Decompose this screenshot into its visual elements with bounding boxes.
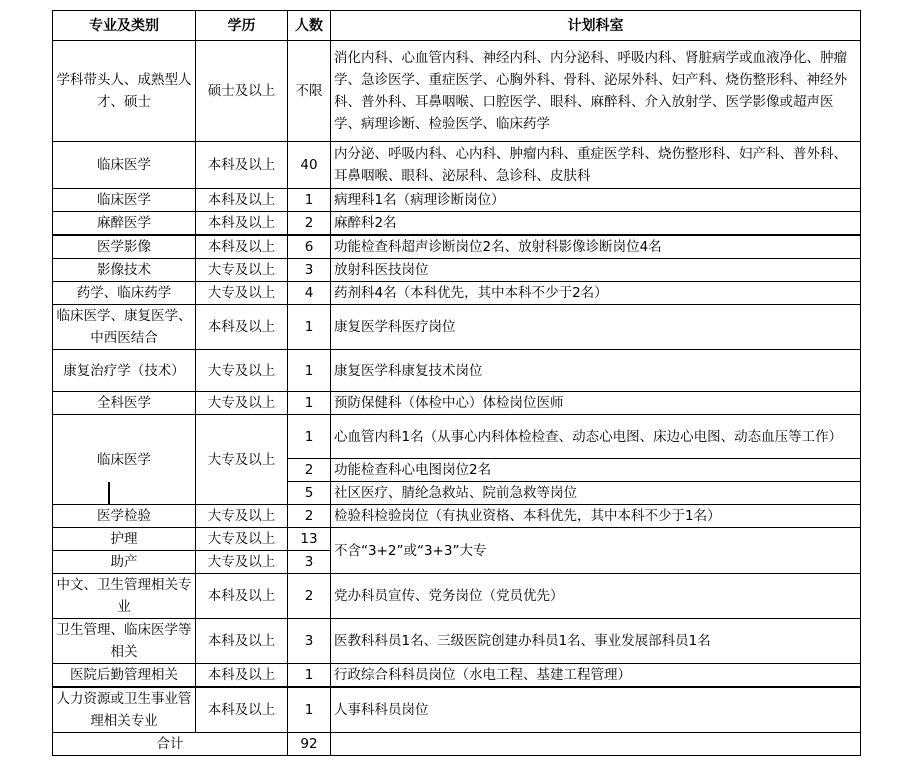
table-row: 医院后勤管理相关 本科及以上 1 行政综合科科员岗位（水电工程、基建工程管理）	[53, 664, 861, 688]
table-row: 全科医学 大专及以上 1 预防保健科（体检中心）体检岗位医师	[53, 392, 861, 415]
header-major: 专业及类别	[53, 11, 196, 41]
department-cell: 药剂科4名（本科优先，其中本科不少于2名）	[331, 282, 861, 305]
table-row: 药学、临床药学 大专及以上 4 药剂科4名（本科优先，其中本科不少于2名）	[53, 282, 861, 305]
count-cell: 1	[288, 392, 331, 415]
major-cell: 康复治疗学（技术）	[53, 350, 196, 392]
department-cell: 内分泌、呼吸内科、心内科、肿瘤内科、重症医学科、烧伤整形科、妇产科、普外科、耳鼻…	[331, 142, 861, 189]
education-cell: 本科及以上	[196, 189, 288, 212]
table-row: 中文、卫生管理相关专业 本科及以上 2 党办科员宣传、党务岗位（党员优先）	[53, 574, 861, 619]
department-cell: 功能检查科心电图岗位2名	[331, 459, 861, 482]
department-cell: 党办科员宣传、党务岗位（党员优先）	[331, 574, 861, 619]
count-cell: 5	[288, 482, 331, 505]
major-cell: 护理	[53, 528, 196, 551]
education-cell: 本科及以上	[196, 142, 288, 189]
education-cell: 本科及以上	[196, 235, 288, 259]
major-cell: 学科带头人、成熟型人才、硕士	[53, 41, 196, 142]
education-cell: 大专及以上	[196, 505, 288, 528]
education-cell: 大专及以上	[196, 350, 288, 392]
count-cell: 1	[288, 350, 331, 392]
table-row: 临床医学 本科及以上 1 病理科1名（病理诊断岗位）	[53, 189, 861, 212]
major-cell: 医院后勤管理相关	[53, 664, 196, 688]
major-cell: 助产	[53, 551, 196, 574]
education-cell: 大专及以上	[196, 259, 288, 282]
count-cell: 1	[288, 664, 331, 688]
education-cell: 本科及以上	[196, 305, 288, 350]
education-cell: 本科及以上	[196, 664, 288, 688]
count-cell: 3	[288, 619, 331, 664]
count-cell: 13	[288, 528, 331, 551]
department-cell: 社区医疗、腈纶急救站、院前急救等岗位	[331, 482, 861, 505]
header-department: 计划科室	[331, 11, 861, 41]
major-cell: 影像技术	[53, 259, 196, 282]
education-cell: 本科及以上	[196, 212, 288, 236]
department-cell: 行政综合科科员岗位（水电工程、基建工程管理）	[331, 664, 861, 688]
count-cell: 不限	[288, 41, 331, 142]
education-cell: 大专及以上	[196, 528, 288, 551]
department-cell: 病理科1名（病理诊断岗位）	[331, 189, 861, 212]
count-cell: 2	[288, 574, 331, 619]
major-cell: 麻醉医学	[53, 212, 196, 236]
table-row: 临床医学、康复医学、中西医结合 本科及以上 1 康复医学科医疗岗位	[53, 305, 861, 350]
count-cell: 4	[288, 282, 331, 305]
table-row: 卫生管理、临床医学等相关 本科及以上 3 医教科科员1名、三级医院创建办科员1名…	[53, 619, 861, 664]
count-cell: 3	[288, 259, 331, 282]
department-cell: 医教科科员1名、三级医院创建办科员1名、事业发展部科员1名	[331, 619, 861, 664]
header-row: 专业及类别 学历 人数 计划科室	[53, 11, 861, 41]
department-cell: 功能检查科超声诊断岗位2名、放射科影像诊断岗位4名	[331, 235, 861, 259]
recruitment-plan-table: 专业及类别 学历 人数 计划科室 学科带头人、成熟型人才、硕士 硕士及以上 不限…	[52, 10, 861, 756]
count-cell: 2	[288, 212, 331, 236]
education-cell: 本科及以上	[196, 619, 288, 664]
total-label: 合计	[53, 733, 288, 756]
count-cell: 40	[288, 142, 331, 189]
department-cell: 康复医学科医疗岗位	[331, 305, 861, 350]
text-cursor-icon	[108, 482, 110, 504]
count-cell: 1	[288, 305, 331, 350]
major-cell: 全科医学	[53, 392, 196, 415]
education-cell: 本科及以上	[196, 687, 288, 733]
major-cell: 临床医学	[53, 189, 196, 212]
major-cell: 医学检验	[53, 505, 196, 528]
header-education: 学历	[196, 11, 288, 41]
table-row: 学科带头人、成熟型人才、硕士 硕士及以上 不限 消化内科、心血管内科、神经内科、…	[53, 41, 861, 142]
count-cell: 3	[288, 551, 331, 574]
table-row: 医学影像 本科及以上 6 功能检查科超声诊断岗位2名、放射科影像诊断岗位4名	[53, 235, 861, 259]
department-cell: 不含“3+2”或“3+3”大专	[331, 528, 861, 574]
education-cell: 大专及以上	[196, 282, 288, 305]
count-cell: 1	[288, 415, 331, 459]
education-cell: 大专及以上	[196, 415, 288, 505]
count-cell: 6	[288, 235, 331, 259]
total-count: 92	[288, 733, 331, 756]
major-cell: 中文、卫生管理相关专业	[53, 574, 196, 619]
major-cell: 临床医学、康复医学、中西医结合	[53, 305, 196, 350]
major-cell: 卫生管理、临床医学等相关	[53, 619, 196, 664]
count-cell: 1	[288, 189, 331, 212]
education-cell: 大专及以上	[196, 551, 288, 574]
table-row: 康复治疗学（技术） 大专及以上 1 康复医学科康复技术岗位	[53, 350, 861, 392]
education-cell: 大专及以上	[196, 392, 288, 415]
major-cell: 医学影像	[53, 235, 196, 259]
education-cell: 本科及以上	[196, 574, 288, 619]
major-cell: 临床医学	[53, 142, 196, 189]
education-cell: 硕士及以上	[196, 41, 288, 142]
table-row: 临床医学 本科及以上 40 内分泌、呼吸内科、心内科、肿瘤内科、重症医学科、烧伤…	[53, 142, 861, 189]
department-cell: 预防保健科（体检中心）体检岗位医师	[331, 392, 861, 415]
major-cell: 临床医学	[53, 415, 196, 505]
table-row: 临床医学 大专及以上 1 心血管内科1名（从事心内科体检检查、动态心电图、床边心…	[53, 415, 861, 459]
department-cell: 人事科科员岗位	[331, 687, 861, 733]
major-cell: 人力资源或卫生事业管理相关专业	[53, 687, 196, 733]
total-row: 合计 92	[53, 733, 861, 756]
count-cell: 2	[288, 459, 331, 482]
department-cell: 康复医学科康复技术岗位	[331, 350, 861, 392]
count-cell: 2	[288, 505, 331, 528]
total-department	[331, 733, 861, 756]
major-cell: 药学、临床药学	[53, 282, 196, 305]
table-row: 影像技术 大专及以上 3 放射科医技岗位	[53, 259, 861, 282]
table-row: 麻醉医学 本科及以上 2 麻醉科2名	[53, 212, 861, 236]
table-row: 医学检验 大专及以上 2 检验科检验岗位（有执业资格、本科优先，其中本科不少于1…	[53, 505, 861, 528]
department-cell: 心血管内科1名（从事心内科体检检查、动态心电图、床边心电图、动态血压等工作）	[331, 415, 861, 459]
department-cell: 检验科检验岗位（有执业资格、本科优先，其中本科不少于1名）	[331, 505, 861, 528]
table-row: 护理 大专及以上 13 不含“3+2”或“3+3”大专	[53, 528, 861, 551]
count-cell: 1	[288, 687, 331, 733]
header-count: 人数	[288, 11, 331, 41]
department-cell: 放射科医技岗位	[331, 259, 861, 282]
table-row: 人力资源或卫生事业管理相关专业 本科及以上 1 人事科科员岗位	[53, 687, 861, 733]
department-cell: 消化内科、心血管内科、神经内科、内分泌科、呼吸内科、肾脏病学或血液净化、肿瘤学、…	[331, 41, 861, 142]
department-cell: 麻醉科2名	[331, 212, 861, 236]
